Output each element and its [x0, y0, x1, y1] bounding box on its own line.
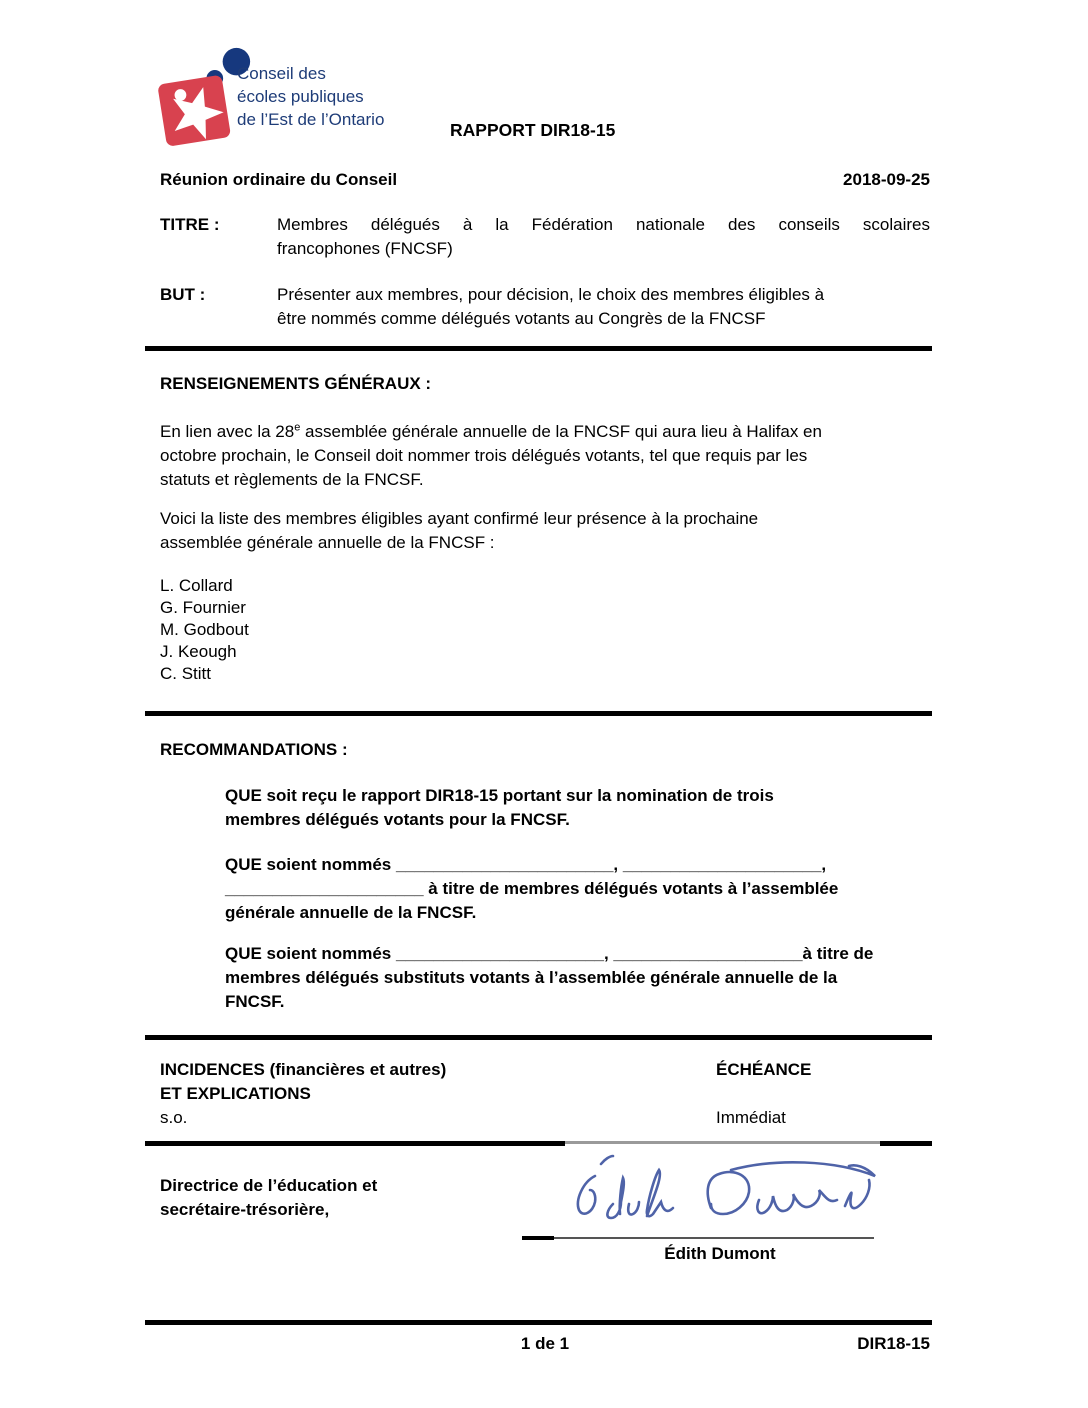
paragraph-line: secrétaire-trésorière,: [160, 1198, 377, 1222]
paragraph-line: Présenter aux membres, pour décision, le…: [277, 283, 930, 307]
recommendation-para3: QUE soient nommés ______________________…: [225, 942, 930, 1014]
list-item: L. Collard: [160, 575, 249, 597]
incidences-value: s.o.: [160, 1106, 716, 1130]
meeting-date: 2018-09-25: [843, 168, 930, 192]
paragraph-line: QUE soient nommés ______________________…: [225, 853, 930, 877]
signature-line-rule: [554, 1237, 874, 1239]
para1-before-sup: En lien avec la 28: [160, 422, 294, 441]
paragraph-line: francophones (FNCSF): [277, 237, 930, 261]
divider-segment: [145, 1141, 565, 1146]
signatory-role: Directrice de l’éducation et secrétaire-…: [160, 1174, 377, 1222]
renseignements-para1: En lien avec la 28e assemblée générale a…: [160, 420, 822, 492]
paragraph-line: FNCSF.: [225, 990, 930, 1014]
paragraph-line: Voici la liste des membres éligibles aya…: [160, 507, 758, 531]
paragraph-line: QUE soit reçu le rapport DIR18-15 portan…: [225, 784, 930, 808]
renseignements-para2: Voici la liste des membres éligibles aya…: [160, 507, 758, 555]
paragraph-line: membres délégués substituts votants à l’…: [225, 966, 930, 990]
list-item: C. Stitt: [160, 663, 249, 685]
paragraph-line: Directrice de l’éducation et: [160, 1174, 377, 1198]
signatory-name: Édith Dumont: [590, 1242, 850, 1266]
para1-after-sup: assemblée générale annuelle de la FNCSF …: [300, 422, 822, 441]
section-divider: [145, 1035, 932, 1040]
list-item: G. Fournier: [160, 597, 249, 619]
members-list: L. Collard G. Fournier M. Godbout J. Keo…: [160, 575, 249, 685]
signature-section-divider: [145, 1141, 932, 1147]
incidences-block: INCIDENCES (financières et autres) ET EX…: [160, 1058, 716, 1130]
recommendation-para2: QUE soient nommés ______________________…: [225, 853, 930, 925]
but-value: Présenter aux membres, pour décision, le…: [277, 283, 930, 331]
list-item: M. Godbout: [160, 619, 249, 641]
report-page: Conseil des écoles publiques de l’Est de…: [0, 0, 1088, 1408]
paragraph-line: être nommés comme délégués votants au Co…: [277, 307, 930, 331]
org-name-line: de l’Est de l’Ontario: [237, 108, 384, 131]
paragraph-line: En lien avec la 28e assemblée générale a…: [160, 420, 822, 444]
recommandations-heading: RECOMMANDATIONS :: [160, 738, 348, 762]
echeance-value: Immédiat: [716, 1106, 811, 1130]
section-divider: [145, 346, 932, 351]
org-name-line: Conseil des: [237, 62, 384, 85]
meeting-title: Réunion ordinaire du Conseil: [160, 168, 397, 192]
paragraph-line: générale annuelle de la FNCSF.: [225, 901, 930, 925]
but-label: BUT :: [160, 283, 277, 331]
footer-divider: [145, 1320, 932, 1325]
signature-image: [535, 1150, 885, 1249]
report-title: RAPPORT DIR18-15: [450, 118, 615, 142]
incidences-heading-line: ET EXPLICATIONS: [160, 1082, 716, 1106]
recommendation-para1: QUE soit reçu le rapport DIR18-15 portan…: [225, 784, 930, 832]
paragraph-line: membres délégués votants pour la FNCSF.: [225, 808, 930, 832]
footer-doc-id: DIR18-15: [857, 1332, 930, 1356]
divider-segment: [880, 1141, 932, 1146]
titre-value: Membres délégués à la Fédération nationa…: [277, 213, 930, 261]
incidences-heading-line: INCIDENCES (financières et autres): [160, 1058, 716, 1082]
paragraph-line: Membres délégués à la Fédération nationa…: [277, 213, 930, 237]
paragraph-line: _____________________ à titre de membres…: [225, 877, 930, 901]
section-divider: [145, 711, 932, 716]
renseignements-heading: RENSEIGNEMENTS GÉNÉRAUX :: [160, 372, 431, 396]
paragraph-line: statuts et règlements de la FNCSF.: [160, 468, 822, 492]
signature-line-tick: [522, 1236, 554, 1240]
handwritten-signature-icon: [535, 1150, 885, 1242]
paragraph-line: octobre prochain, le Conseil doit nommer…: [160, 444, 822, 468]
echeance-block: ÉCHÉANCE Immédiat: [716, 1058, 811, 1130]
signature-line: [522, 1236, 874, 1240]
titre-label: TITRE :: [160, 213, 277, 261]
list-item: J. Keough: [160, 641, 249, 663]
page-number: 1 de 1: [160, 1332, 930, 1356]
paragraph-line: QUE soient nommés ______________________…: [225, 942, 930, 966]
divider-segment: [565, 1141, 880, 1144]
echeance-heading: ÉCHÉANCE: [716, 1058, 811, 1082]
org-name-line: écoles publiques: [237, 85, 384, 108]
paragraph-line: assemblée générale annuelle de la FNCSF …: [160, 531, 758, 555]
org-name: Conseil des écoles publiques de l’Est de…: [237, 62, 384, 131]
spacer: [716, 1082, 811, 1106]
